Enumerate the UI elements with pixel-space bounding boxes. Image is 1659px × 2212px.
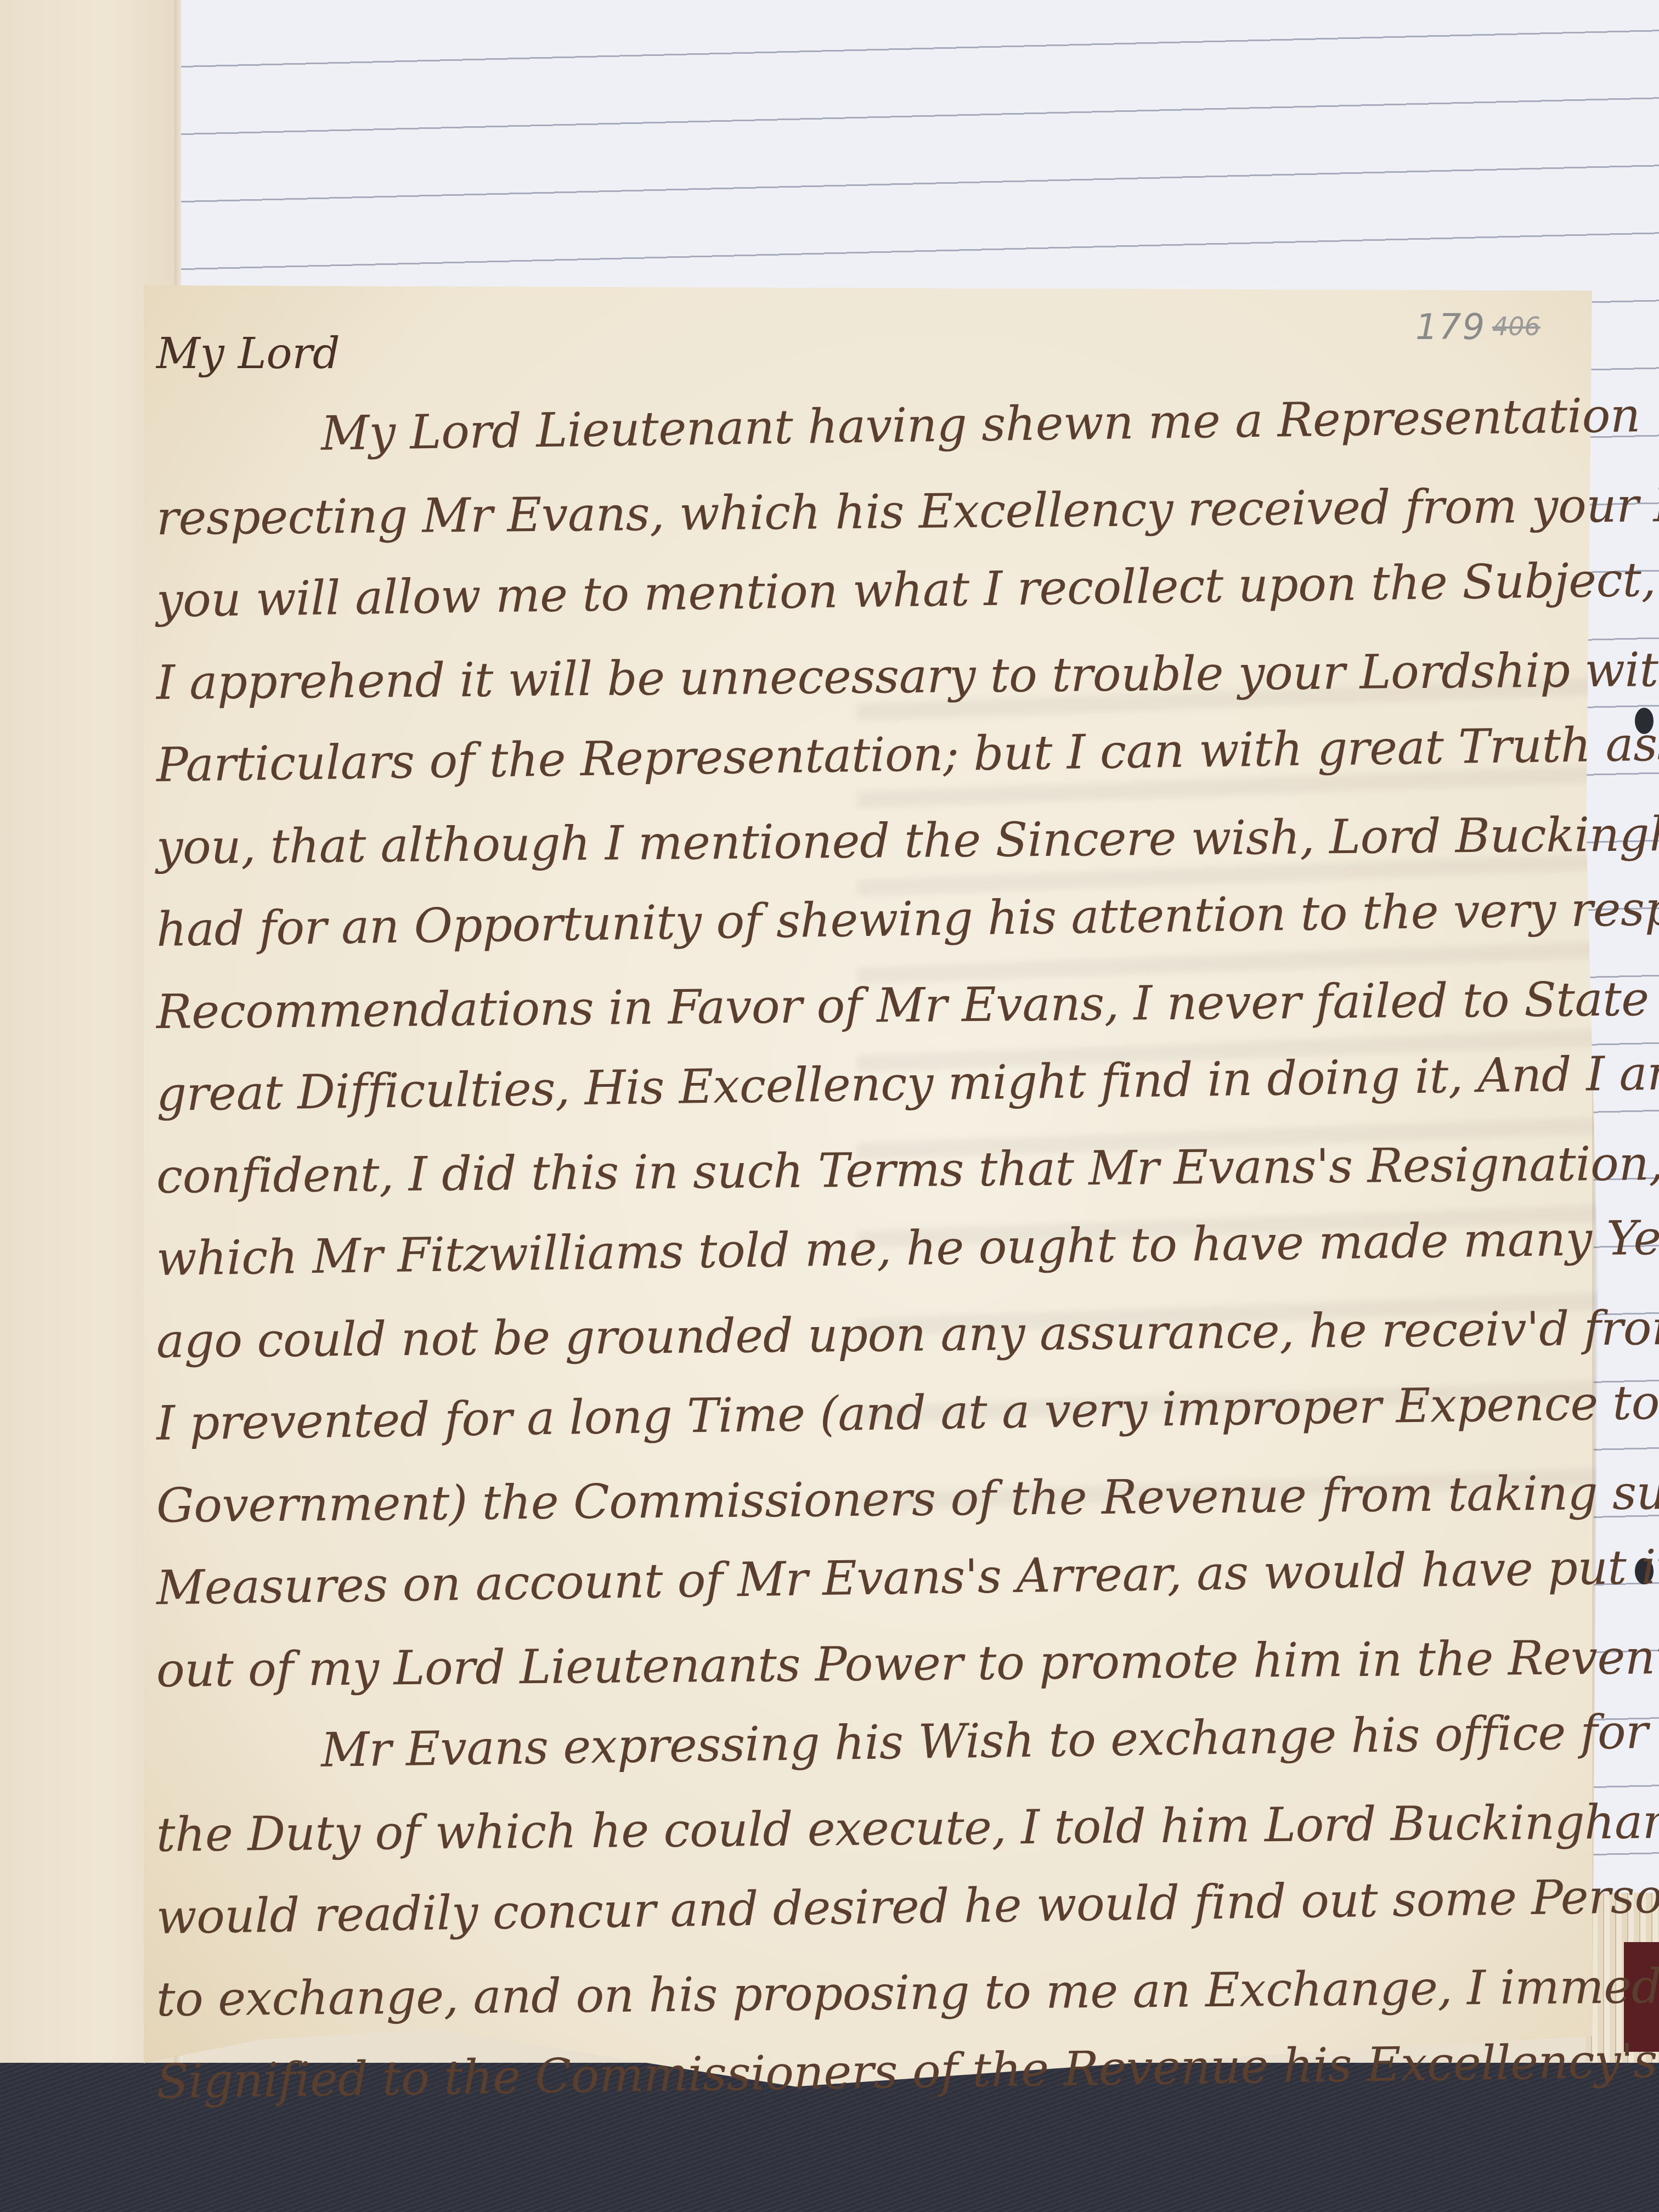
struck-folio-number: 406 (1492, 312, 1541, 341)
folio-number: 179 (1415, 307, 1486, 348)
letter-body: My Lord Lieutenant having shewn me a Rep… (156, 395, 1583, 2123)
salutation: My Lord (156, 329, 340, 379)
